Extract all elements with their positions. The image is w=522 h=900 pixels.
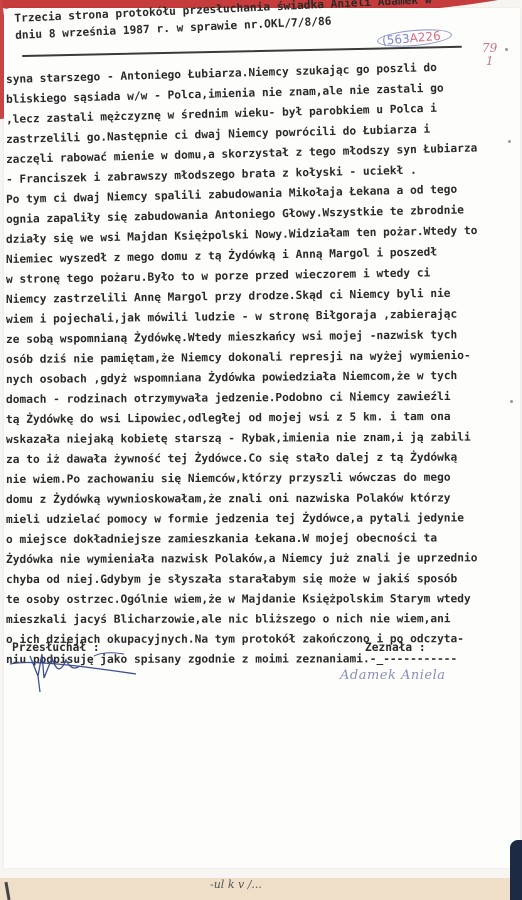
testimony-body: syna starszego - Antoniego Łubiarza.Niem… xyxy=(6,70,477,670)
speck xyxy=(508,140,511,143)
stamp-number: (563 xyxy=(382,31,411,47)
margin-page-note: 79 1 xyxy=(482,42,497,68)
underlying-page-strip: -ul k v /... xyxy=(0,878,522,900)
interviewer-signature xyxy=(8,650,148,710)
testimony-line: mieli udzielać pomocy w formie jedzenia … xyxy=(6,508,478,530)
witness-label: Zeznała : xyxy=(365,641,426,654)
testimony-line: nie wiem.Po zachowaniu się Niemców,którz… xyxy=(6,468,478,490)
folder-edge xyxy=(510,840,522,900)
underlying-handwriting: -ul k v /... xyxy=(210,878,330,900)
stamp-suffix: A226 xyxy=(409,29,441,46)
testimony-line: tą Żydówkę do wsi Lipowiec,odległej od m… xyxy=(6,407,478,430)
margin-note-sub: 1 xyxy=(482,55,497,68)
testimony-line: domu z Żydówką wywnioskowałam,że znali o… xyxy=(6,488,478,510)
testimony-line: Żydówka nie wymieniała nazwisk Polaków,a… xyxy=(6,548,478,570)
testimony-line: te osoby ostrzec.Ogólnie wiem,że w Majda… xyxy=(6,589,478,610)
speck xyxy=(510,400,513,403)
testimony-line: za to iż dawała żywność tej Żydówce.Co s… xyxy=(6,448,478,470)
speck xyxy=(505,48,508,51)
witness-signature: Adamek Aniela xyxy=(340,668,446,683)
testimony-line: chyba od niej.Gdybym je słyszała starała… xyxy=(6,569,478,590)
testimony-line: o miejsce dokładniejsze zamieszkania Łek… xyxy=(6,528,478,550)
testimony-line: wskazała niejaką kobietę starszą - Rybak… xyxy=(6,428,478,450)
testimony-line: mieszkali jacyś Blicharzowie,ale nic bli… xyxy=(6,609,478,630)
